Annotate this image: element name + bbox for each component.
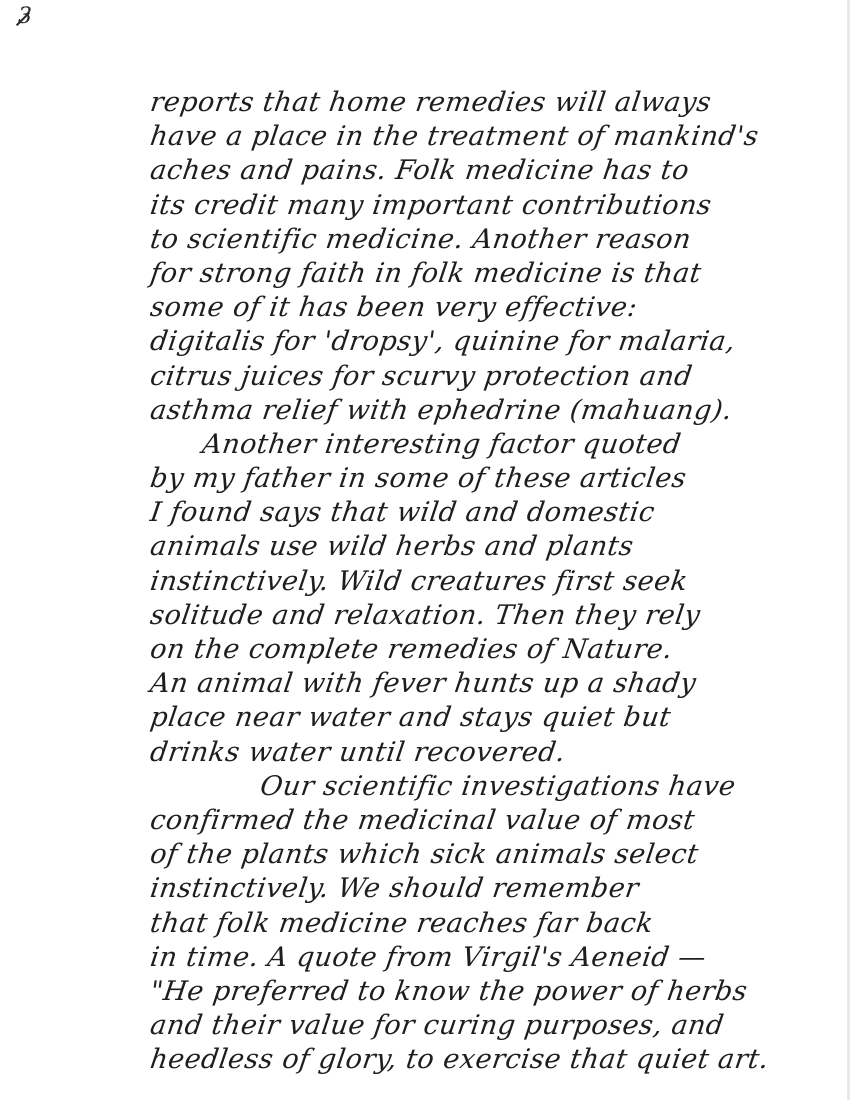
text-line: in time. A quote from Virgil's Aeneid — — [148, 941, 843, 975]
text-line: asthma relief with ephedrine (mahuang). — [148, 394, 843, 428]
text-line: some of it has been very effective: — [148, 291, 843, 325]
text-line: to scientific medicine. Another reason — [148, 223, 843, 257]
text-line: Another interesting factor quoted — [148, 428, 843, 462]
text-line: citrus juices for scurvy protection and — [148, 360, 843, 394]
text-line: that folk medicine reaches far back — [148, 907, 843, 941]
text-line: its credit many important contributions — [148, 189, 843, 223]
text-line: reports that home remedies will always — [148, 86, 843, 120]
text-line: digitalis for 'dropsy', quinine for mala… — [148, 325, 843, 359]
text-line: confirmed the medicinal value of most — [148, 804, 843, 838]
text-line: drinks water until recovered. — [148, 736, 843, 770]
text-line: instinctively. We should remember — [148, 872, 843, 906]
text-line: place near water and stays quiet but — [148, 701, 843, 735]
text-line: I found says that wild and domestic — [148, 496, 843, 530]
text-line: "He preferred to know the power of herbs — [148, 975, 843, 1009]
text-line: on the complete remedies of Nature. — [148, 633, 843, 667]
text-line: and their value for curing purposes, and — [148, 1009, 843, 1043]
text-line: of the plants which sick animals select — [148, 838, 843, 872]
text-line: by my father in some of these articles — [148, 462, 843, 496]
text-line: instinctively. Wild creatures first seek — [148, 565, 843, 599]
handwritten-page: 3 reports that home remedies will always… — [0, 0, 850, 1100]
text-line: aches and pains. Folk medicine has to — [148, 154, 843, 188]
text-line: solitude and relaxation. Then they rely — [148, 599, 843, 633]
text-line: An animal with fever hunts up a shady — [148, 667, 843, 701]
text-line: animals use wild herbs and plants — [148, 530, 843, 564]
text-line: for strong faith in folk medicine is tha… — [148, 257, 843, 291]
text-line: heedless of glory, to exercise that quie… — [148, 1043, 843, 1077]
handwritten-text-body: reports that home remedies will alwaysha… — [148, 86, 838, 1077]
text-line: Our scientific investigations have — [148, 770, 843, 804]
text-line: have a place in the treatment of mankind… — [148, 120, 843, 154]
